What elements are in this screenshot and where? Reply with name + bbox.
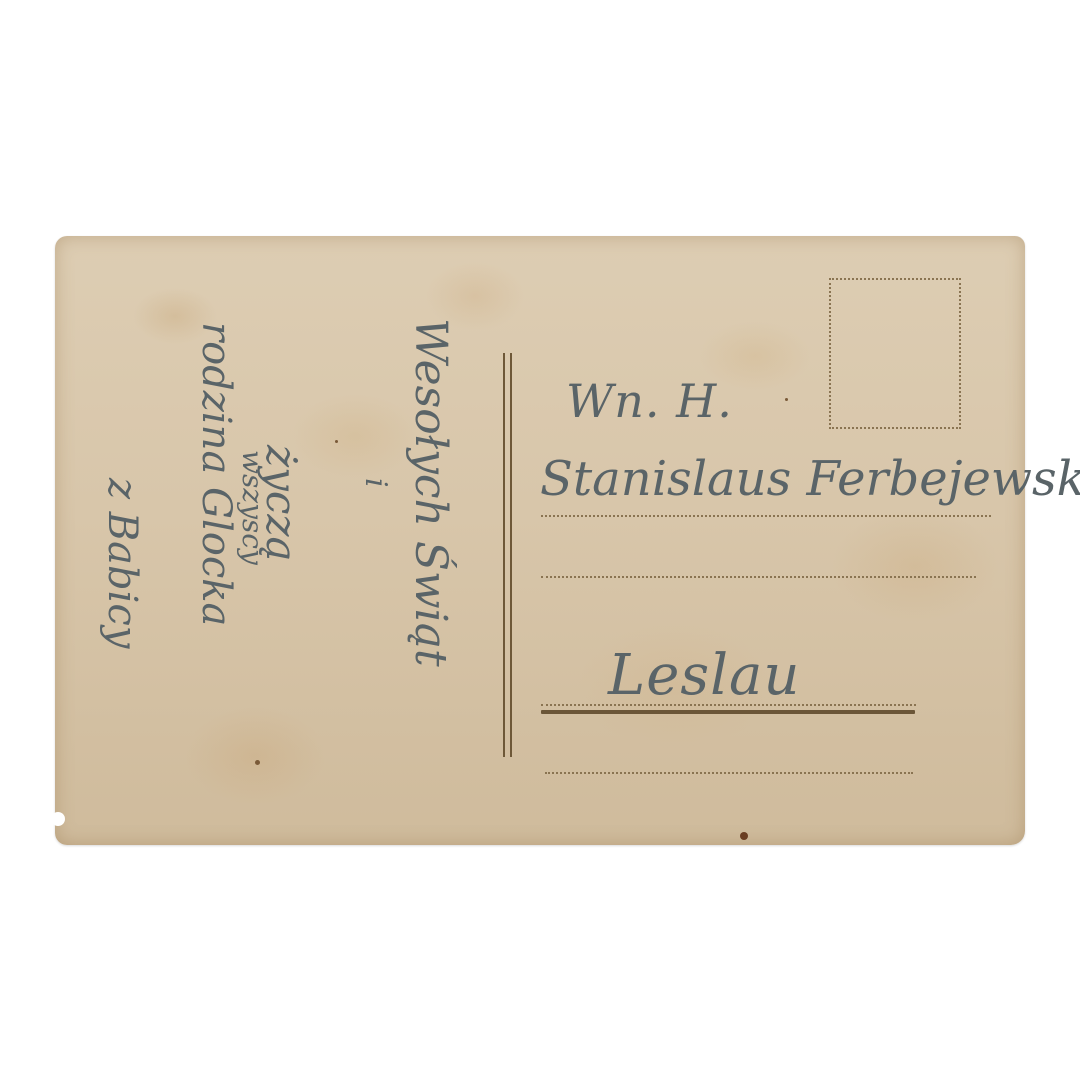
message-line-4: wszyscy: [238, 450, 266, 565]
address-line-1: [541, 515, 991, 517]
stain-spot: [255, 760, 260, 765]
message-line-1: Wesołych Świąt: [408, 318, 452, 667]
address-line-4: [545, 772, 913, 774]
message-line-2: i: [360, 478, 390, 488]
center-divider-left-rule: [503, 353, 505, 757]
address-city: Leslau: [608, 648, 800, 704]
message-line-6: z Babicy: [102, 478, 142, 648]
address-line-2: [541, 576, 976, 578]
center-divider-right-rule: [510, 353, 512, 757]
stain-spot: [740, 832, 748, 840]
address-title: Wn. H.: [566, 378, 733, 424]
message-line-5: rodzina Glocka: [196, 322, 236, 626]
address-line-3-solid: [541, 710, 915, 714]
address-name: Stanislaus Ferbejewski: [540, 455, 1080, 503]
stamp-box: [829, 278, 961, 429]
torn-edge-notch: [51, 812, 65, 826]
stain-spot: [335, 440, 338, 443]
stain-spot: [785, 398, 788, 401]
